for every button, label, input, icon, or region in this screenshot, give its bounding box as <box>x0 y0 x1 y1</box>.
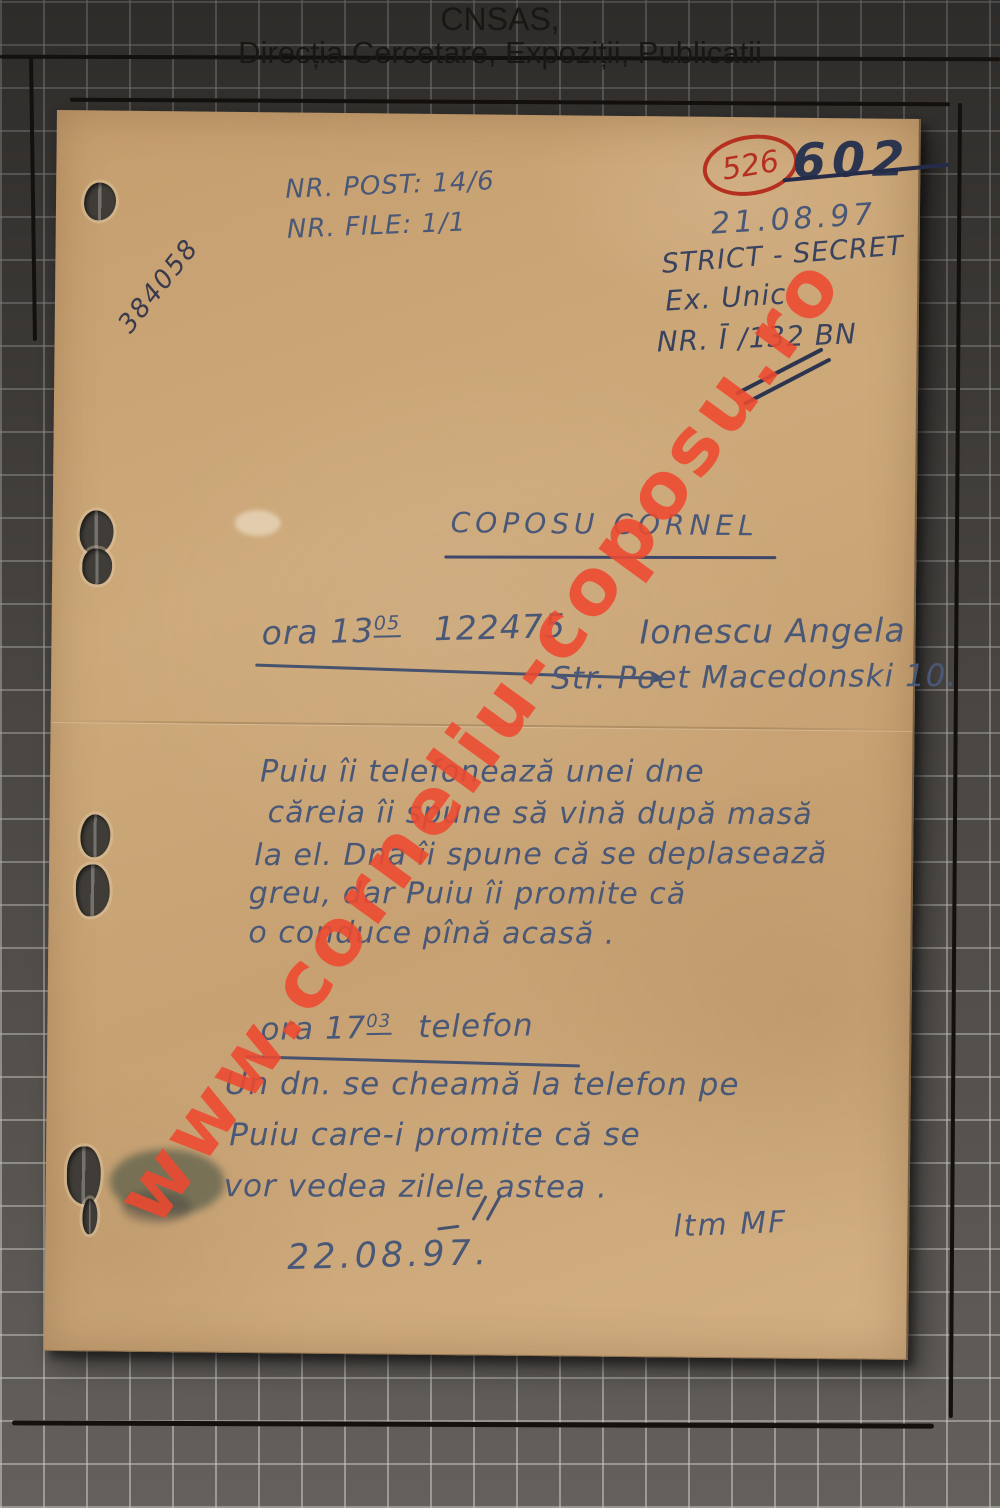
caption-line1: CNSAS, <box>0 2 1000 36</box>
caption-line2: Direcția Cercetare, Expoziții, Publicati… <box>0 36 1000 69</box>
margin-number: 384058 <box>112 233 205 339</box>
signature: ltm MF <box>673 1205 788 1245</box>
red-stamp-number: 526 <box>698 128 803 203</box>
frame-line-right <box>949 103 962 1418</box>
punch-hole <box>82 1198 97 1234</box>
punch-hole <box>67 1146 102 1204</box>
paragraph2-line: vor vedea zilele astea . <box>224 1168 608 1205</box>
punch-hole <box>84 182 116 220</box>
punch-hole <box>82 548 112 584</box>
frame-line-bottom <box>12 1420 934 1428</box>
entry1-time-sup: 05 <box>374 611 401 638</box>
red-stamp-value: 526 <box>719 143 781 187</box>
closing-dash <box>437 1225 459 1231</box>
entry1-address: Str. Poet Macedonski 10. <box>551 658 957 697</box>
paragraph2-line: Un dn. se cheamă la telefon pe <box>225 1066 740 1103</box>
date-bottom: 22.08.97. <box>287 1233 491 1278</box>
entry2-time-sup: 03 <box>366 1010 391 1034</box>
entry1-name: Ionescu Angela <box>639 611 905 652</box>
paragraph1-line: căreia îi spune să vină după masă <box>268 795 813 832</box>
nr-post-line: NR. POST: 14/6 NR. FILE: 1/1 <box>284 161 497 250</box>
frame-line-left <box>29 56 37 341</box>
entry1-time-prefix: ora 13 <box>261 611 374 653</box>
frame-line-top-inner <box>70 98 950 107</box>
paragraph2-line: Puiu care-i promite că se <box>229 1117 640 1153</box>
entry2-label: telefon <box>418 1007 534 1045</box>
paper-scuff <box>235 510 281 536</box>
nr-file-text: NR. FILE: 1/1 <box>286 201 497 250</box>
photo-background: NR. POST: 14/6 NR. FILE: 1/1 384058 526 … <box>0 0 1000 1508</box>
punch-hole <box>80 814 110 857</box>
crossed-number: 602 <box>792 131 912 190</box>
punch-hole <box>76 864 111 916</box>
photo-caption: CNSAS, Direcția Cercetare, Expoziții, Pu… <box>0 2 1000 69</box>
